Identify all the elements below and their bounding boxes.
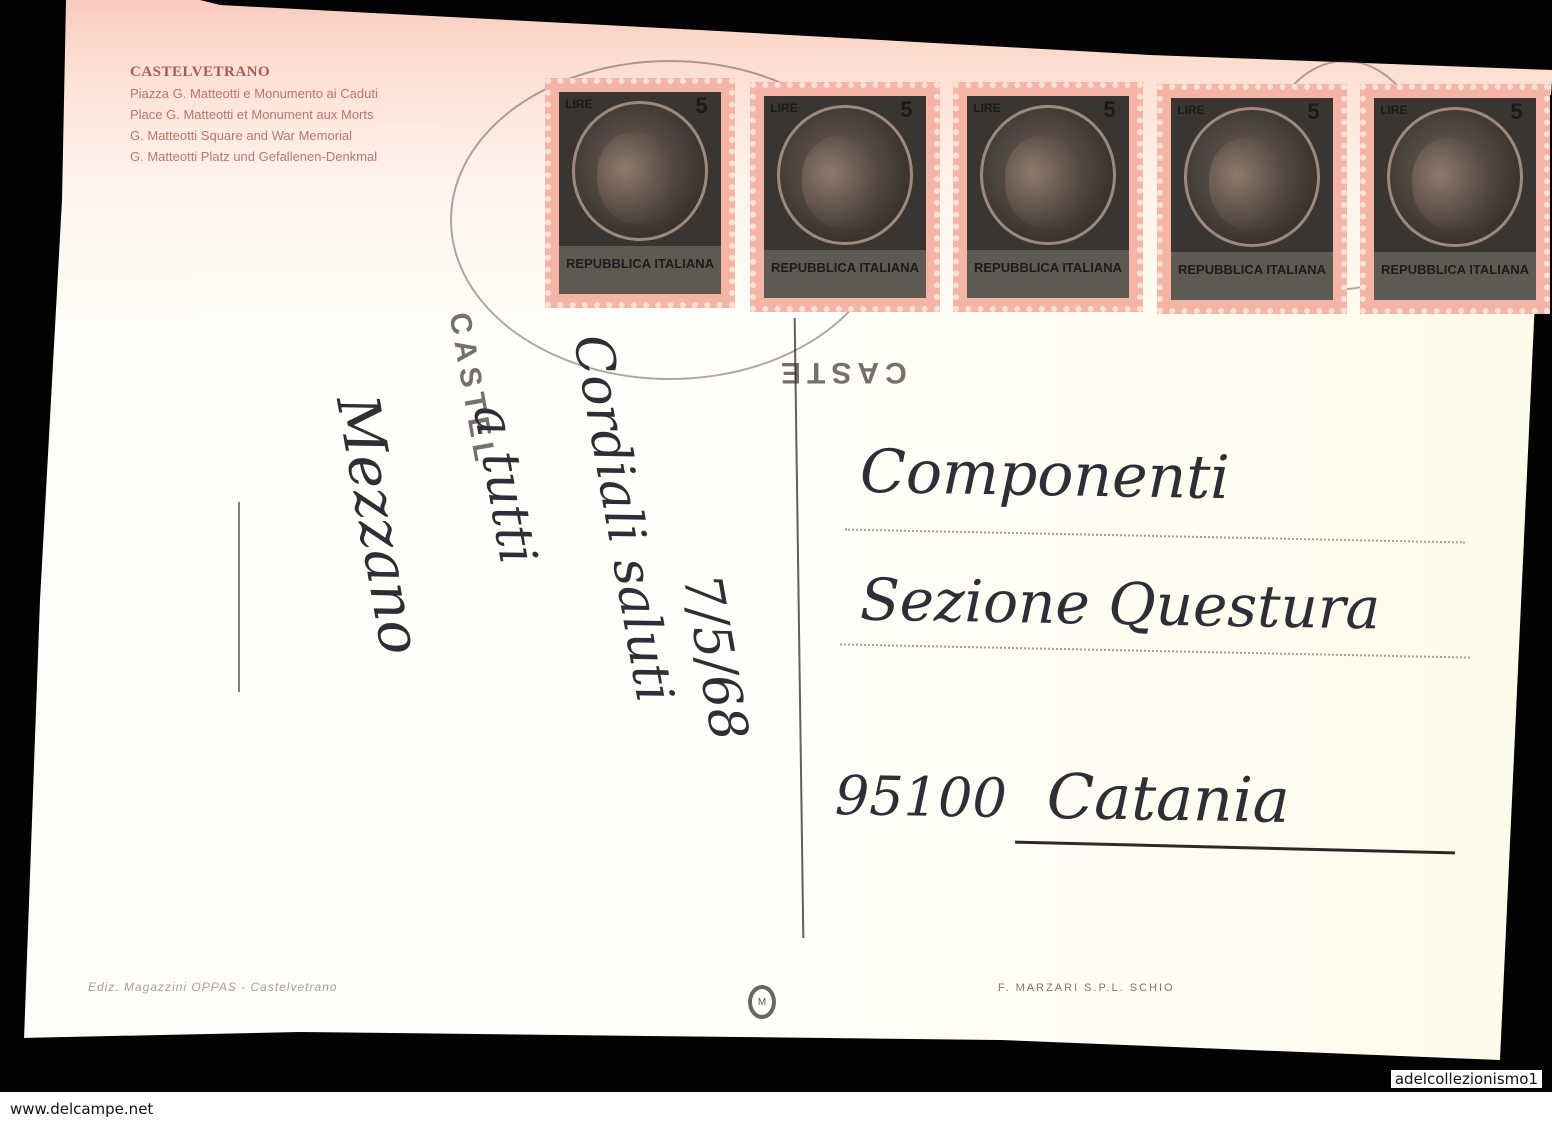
- stamp-denomination: 5: [900, 97, 912, 123]
- caption-title: CASTELVETRANO: [130, 62, 378, 83]
- stamp: LIRE 5 REPUBBLICA ITALIANA: [953, 82, 1143, 312]
- printer-logo-icon: M: [748, 985, 776, 1019]
- stamp-denomination: 5: [1103, 97, 1115, 123]
- stamp-denomination: 5: [1510, 99, 1522, 125]
- stamp: LIRE 5 REPUBBLICA ITALIANA: [750, 82, 940, 312]
- seller-watermark: adelcollezionismo1: [1391, 1070, 1542, 1088]
- stamp-country: REPUBBLICA ITALIANA: [756, 261, 934, 275]
- stamp-country: REPUBBLICA ITALIANA: [551, 257, 729, 271]
- printer-imprint: F. MARZARI S.P.L. SCHIO: [998, 982, 1175, 994]
- stamp: LIRE 5 REPUBBLICA ITALIANA: [545, 78, 735, 308]
- stamp-denomination: 5: [1307, 99, 1319, 125]
- stamp-country: REPUBBLICA ITALIANA: [1366, 263, 1544, 277]
- stamp: LIRE 5 REPUBBLICA ITALIANA: [1157, 84, 1347, 314]
- postcard-caption: CASTELVETRANO Piazza G. Matteotti e Monu…: [130, 62, 378, 167]
- address-department: Sezione Questura: [859, 565, 1380, 642]
- stamp: LIRE 5 REPUBBLICA ITALIANA: [1360, 84, 1550, 314]
- stamp-country: REPUBBLICA ITALIANA: [1163, 263, 1341, 277]
- address-postcode: 95100: [834, 764, 1007, 830]
- signature-underline: [238, 502, 240, 692]
- publisher-imprint: Ediz. Magazzini OPPAS - Castelvetrano: [88, 980, 338, 994]
- address-city: Catania: [1046, 760, 1290, 837]
- stamp-currency: LIRE: [973, 101, 1000, 115]
- stamp-currency: LIRE: [1380, 103, 1407, 117]
- stamp-country: REPUBBLICA ITALIANA: [959, 261, 1137, 275]
- stamp-currency: LIRE: [770, 101, 797, 115]
- watermark-footer: www.delcampe.net adelcollezionismo1: [0, 1092, 1552, 1132]
- postcard-photo: CASTELVETRANO Piazza G. Matteotti e Monu…: [0, 0, 1552, 1092]
- caption-line-french: Place G. Matteotti et Monument aux Morts: [130, 104, 378, 125]
- address-city-line: 95100Catania: [834, 756, 1290, 837]
- printer-logo-text: M: [758, 997, 766, 1008]
- stamp-strip: LIRE 5 REPUBBLICA ITALIANA LIRE 5 REPUBB…: [545, 78, 1545, 308]
- site-watermark: www.delcampe.net: [10, 1100, 153, 1118]
- caption-line-italian: Piazza G. Matteotti e Monumento ai Cadut…: [130, 83, 378, 104]
- address-recipient: Componenti: [859, 437, 1230, 513]
- caption-line-english: G. Matteotti Square and War Memorial: [130, 125, 378, 146]
- caption-line-german: G. Matteotti Platz und Gefallenen-Denkma…: [130, 146, 378, 167]
- stamp-denomination: 5: [695, 93, 707, 119]
- stamp-currency: LIRE: [565, 97, 592, 111]
- stamp-currency: LIRE: [1177, 103, 1204, 117]
